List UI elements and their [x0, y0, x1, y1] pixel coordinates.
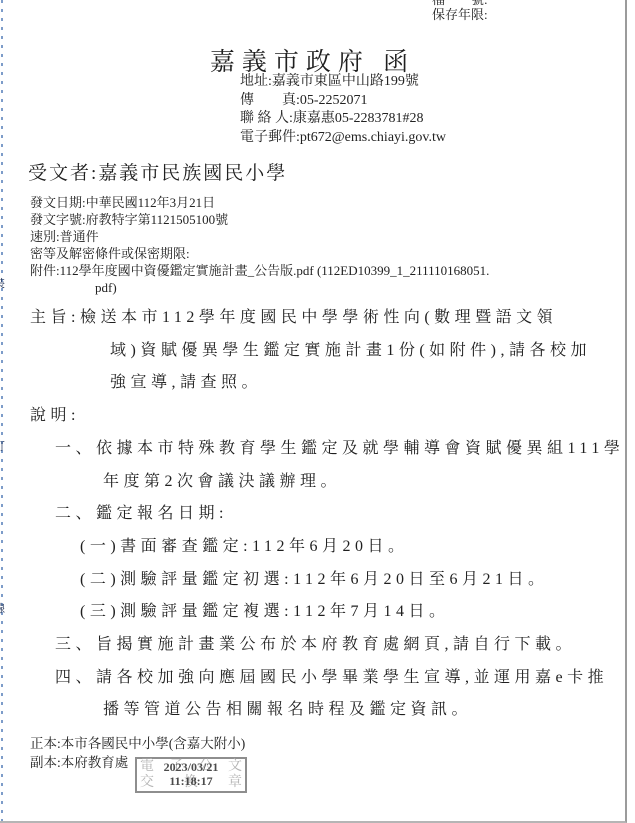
body-line: (三)測驗評量鑑定複選:112年7月14日。	[0, 596, 625, 629]
body-line: 年度第2次會議決議辦理。	[0, 466, 625, 499]
meta-line: 發文日期:中華民國112年3月21日	[0, 194, 625, 211]
contact-line: 電子郵件:pt672@ems.chiayi.gov.tw	[240, 129, 446, 148]
contact-line: 聯 絡 人:康嘉惠05-2283781#28	[240, 110, 446, 129]
file-number-block: 檔 號: 保存年限:	[432, 0, 488, 22]
recipient-line: 受文者:嘉義市民族國民小學	[28, 158, 287, 185]
official-letter-page: 裝訂線 檔 號: 保存年限: 嘉義市政府 函 地址:嘉義市東區中山路199號傳 …	[0, 0, 627, 823]
meta-line: pdf)	[0, 279, 625, 296]
contact-line: 傳 真:05-2252071	[240, 92, 446, 111]
body-line: 播等管道公告相關報名時程及鑑定資訊。	[0, 694, 625, 727]
meta-line: 速別:普通件	[0, 228, 625, 245]
file-number-label: 檔 號:	[432, 0, 488, 7]
body-line: 強宣導,請查照。	[0, 367, 625, 400]
retention-period-label: 保存年限:	[432, 7, 488, 22]
meta-line: 密等及解密條件或保密期限:	[0, 245, 625, 262]
agency-contact-block: 地址:嘉義市東區中山路199號傳 真:05-2252071聯 絡 人:康嘉惠05…	[240, 73, 446, 147]
document-meta-block: 發文日期:中華民國112年3月21日發文字號:府教特字第1121505100號速…	[0, 194, 625, 296]
body-line: 域)資賦優異學生鑑定實施計畫1份(如附件),請各校加	[0, 335, 625, 368]
stamp-date: 2023/03/21	[137, 760, 245, 774]
electronic-exchange-stamp: 電子公文 交換章 2023/03/21 11:18:17	[135, 757, 247, 793]
letter-body: 主旨:檢送本市112學年度國民中學學術性向(數理暨語文領域)資賦優異學生鑑定實施…	[0, 302, 625, 727]
body-line: 四、請各校加強向應屆國民小學畢業學生宣導,並運用嘉e卡推	[0, 662, 625, 695]
stamp-time: 11:18:17	[137, 774, 245, 788]
meta-line: 發文字號:府教特字第1121505100號	[0, 211, 625, 228]
body-line: 主旨:檢送本市112學年度國民中學學術性向(數理暨語文領	[0, 302, 625, 335]
body-line: (一)書面審查鑑定:112年6月20日。	[0, 531, 625, 564]
meta-line: 附件:112學年度國中資優鑑定實施計畫_公告版.pdf (112ED10399_…	[0, 262, 625, 279]
body-line: (二)測驗評量鑑定初選:112年6月20日至6月21日。	[0, 564, 625, 597]
original-recipients-line: 正本:本市各國民中小學(含嘉大附小)	[30, 734, 245, 753]
body-line: 說明:	[0, 400, 625, 433]
body-line: 一、依據本市特殊教育學生鑑定及就學輔導會資賦優異組111學	[0, 433, 625, 466]
body-line: 二、鑑定報名日期:	[0, 498, 625, 531]
contact-line: 地址:嘉義市東區中山路199號	[240, 73, 446, 92]
body-line: 三、旨揭實施計畫業公布於本府教育處網頁,請自行下載。	[0, 629, 625, 662]
stamp-datetime: 2023/03/21 11:18:17	[137, 760, 245, 788]
